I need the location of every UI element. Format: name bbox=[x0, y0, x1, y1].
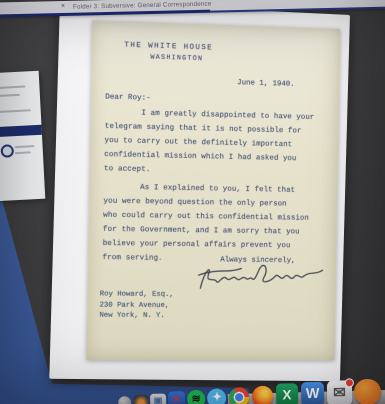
background-window-text-line bbox=[15, 151, 31, 154]
background-window bbox=[0, 71, 45, 201]
letterhead-line2: WASHINGTON bbox=[150, 53, 203, 63]
letter-salutation: Dear Roy:- bbox=[105, 93, 151, 102]
navy-banner bbox=[0, 125, 42, 138]
word-icon[interactable]: W bbox=[301, 382, 325, 404]
gray-sphere-icon[interactable] bbox=[118, 396, 131, 404]
letter-page: THE WHITE HOUSE WASHINGTON June 1, 1940.… bbox=[86, 20, 340, 360]
orange-app-icon[interactable] bbox=[134, 395, 148, 404]
recipient-address: Roy Howard, Esq., 230 Park Avenue, New Y… bbox=[99, 289, 173, 321]
letterhead-line1: THE WHITE HOUSE bbox=[124, 42, 213, 53]
spotify-icon[interactable]: ≋ bbox=[187, 390, 205, 404]
browser-window: Back THE WHITE HOUSE WASHINGTON June 1, … bbox=[49, 1, 350, 381]
partial-app-icon[interactable] bbox=[354, 379, 381, 404]
logo-circle-icon bbox=[0, 144, 14, 158]
blue-x-app-icon[interactable]: ✕ bbox=[168, 392, 185, 404]
excel-icon[interactable]: X bbox=[275, 384, 298, 404]
firefox-icon[interactable] bbox=[252, 385, 274, 404]
safari-icon[interactable]: ✦ bbox=[207, 389, 226, 404]
tab-title: Folder 3: Subversive: General Correspond… bbox=[73, 0, 212, 10]
close-tab-icon[interactable]: × bbox=[61, 3, 65, 10]
dock: ▣✕≋✦XW✉ bbox=[118, 371, 385, 404]
letter-date: June 1, 1940. bbox=[237, 79, 295, 89]
notification-badge bbox=[345, 378, 354, 387]
background-window-text-line bbox=[0, 94, 20, 97]
preview-icon[interactable]: ▣ bbox=[150, 393, 166, 404]
letter-paragraph-1: I am greatly disappointed to have your t… bbox=[104, 106, 315, 181]
background-window-text-line bbox=[0, 109, 31, 113]
chrome-icon[interactable] bbox=[229, 387, 250, 404]
letter-paragraph-2: As I explained to you, I felt that you w… bbox=[102, 180, 309, 267]
background-window-text-line bbox=[15, 145, 35, 148]
mail-icon[interactable]: ✉ bbox=[327, 380, 352, 404]
franklin-roosevelt-signature-icon bbox=[194, 260, 326, 297]
background-window-text-line bbox=[0, 85, 25, 89]
monitor-photo: Back THE WHITE HOUSE WASHINGTON June 1, … bbox=[0, 0, 385, 404]
